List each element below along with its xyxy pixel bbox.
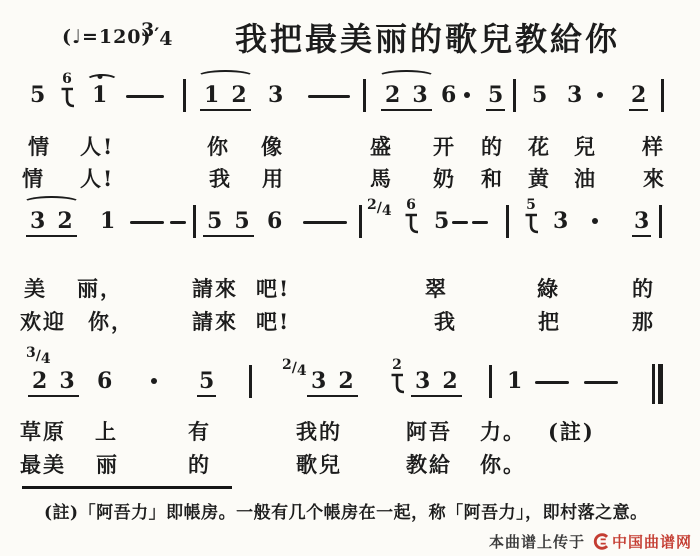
final-barline-thin: [652, 364, 655, 404]
time-signature-inline: 2∕4: [282, 360, 307, 376]
augmentation-dot: [592, 218, 598, 224]
lyric-word: 我: [209, 163, 232, 193]
note-group: 23: [381, 82, 432, 111]
grace-note-number: 6: [402, 198, 420, 212]
note-group: 23: [28, 368, 79, 397]
augmentation-dot: [464, 92, 470, 98]
lyric-word: 像: [261, 131, 284, 161]
lyric-word: 丽: [96, 449, 119, 479]
note-group: 32: [307, 368, 358, 397]
time-signature-inline: 2∕4: [367, 200, 392, 216]
site-logo-icon: [593, 533, 610, 554]
note: 5: [197, 368, 216, 397]
lyric-word: 我的: [296, 416, 342, 446]
augmentation-dot: [151, 378, 157, 384]
duration-dash: [126, 95, 164, 98]
lyric-word: 把: [538, 306, 561, 336]
barline: [183, 79, 186, 112]
duration-dash: [535, 381, 569, 384]
tempo-marking: (♩=120): [62, 26, 152, 48]
note: 1: [507, 368, 522, 394]
lyric-word: 的: [632, 273, 655, 303]
lyric-row: 欢迎你，請來吧!我把那: [0, 306, 700, 334]
lyric-word: 的: [188, 449, 211, 479]
lyric-word: 教給: [406, 449, 452, 479]
lyric-word: 你: [207, 131, 230, 161]
note: 5: [30, 82, 45, 108]
lyric-word: 美: [24, 273, 47, 303]
barline: [363, 79, 366, 112]
grace-note: 5: [522, 198, 540, 238]
lyric-word: 情: [22, 163, 45, 193]
lyric-word: 我: [434, 306, 457, 336]
music-line: 3215562∕465533: [0, 206, 700, 252]
note-group: 12: [200, 82, 251, 111]
grace-note: 6: [58, 72, 76, 112]
barline: [513, 79, 516, 112]
lyric-row: 情人!你像盛开的花兒样: [0, 131, 700, 159]
note: 3: [412, 82, 427, 108]
time-signature-denominator: 4: [159, 28, 172, 50]
note: 2: [231, 82, 246, 108]
time-signature-numerator: 3: [141, 19, 154, 41]
barline: [193, 205, 196, 238]
note-group: 32: [411, 368, 462, 397]
lyric-word: 用: [262, 163, 285, 193]
note: 2: [442, 368, 457, 394]
lyric-word: 綠: [537, 273, 560, 303]
lyric-word: 丽，: [77, 273, 123, 303]
lyric-word: 來: [643, 163, 666, 193]
grace-hook-icon: [404, 212, 419, 234]
note: 3: [311, 368, 326, 394]
lyric-word: 和: [481, 163, 504, 193]
lyric-row: 美丽，請來吧!翠綠的: [0, 273, 700, 301]
final-barline-thick: [658, 364, 663, 404]
note: 2: [338, 368, 353, 394]
barline: [659, 205, 662, 238]
note: 2: [57, 208, 72, 234]
note: 5: [207, 208, 222, 234]
duration-dash: [308, 95, 350, 98]
barline: [661, 79, 664, 112]
note: 5: [532, 82, 547, 108]
lyric-word: 欢迎: [20, 306, 66, 336]
lyric-word: 吧!: [256, 306, 290, 336]
lyric-word: 开: [433, 131, 456, 161]
note: 3: [632, 208, 651, 237]
note: 2: [32, 368, 47, 394]
lyric-word: 花: [528, 131, 551, 161]
note: 3: [553, 208, 568, 234]
credit-prefix: 本曲谱上传于: [489, 533, 585, 551]
lyric-word: 歌兒: [296, 449, 342, 479]
grace-note: 2: [388, 358, 406, 398]
lyric-word: 兒: [574, 131, 597, 161]
grace-hook-icon: [390, 372, 405, 394]
note: 1: [204, 82, 219, 108]
note: 2: [385, 82, 400, 108]
lyric-word: 那: [632, 306, 655, 336]
note: 5: [486, 82, 505, 111]
note: 5: [434, 208, 449, 234]
lyric-word: 最美: [20, 449, 66, 479]
lyric-word: 你，: [88, 306, 134, 336]
grace-note: 6: [402, 198, 420, 238]
time-signature-inline: 3∕4: [26, 348, 51, 364]
slur-arc: [197, 70, 254, 83]
lyric-word: 奶: [433, 163, 456, 193]
lyric-row: 最美丽的歌兒教給你。: [0, 449, 700, 477]
slur-arc: [86, 74, 118, 87]
music-line: 5611232365532: [0, 80, 700, 126]
lyric-word: 力。: [480, 416, 526, 446]
duration-dash: [303, 221, 347, 224]
note: 3: [415, 368, 430, 394]
slur-arc: [23, 196, 80, 209]
lyric-word: 盛: [370, 131, 393, 161]
grace-note-number: 5: [522, 198, 540, 212]
note: 3: [567, 82, 582, 108]
note: 6: [97, 368, 112, 394]
divider-line: [22, 486, 232, 489]
lyric-word: 阿吾: [406, 416, 452, 446]
lyric-word: 情: [28, 131, 51, 161]
lyric-word: 人!: [80, 163, 114, 193]
sheet-music-page: (♩=120) 3′4 我把最美丽的歌兒教給你 5611232365532321…: [0, 0, 700, 556]
grace-hook-icon: [60, 86, 75, 108]
duration-dash: [130, 221, 164, 224]
lyric-word: 样: [642, 131, 665, 161]
lyric-word: 黄: [528, 163, 551, 193]
barline: [506, 205, 509, 238]
lyric-word: 草原: [20, 416, 66, 446]
augmentation-dot: [597, 92, 603, 98]
barline: [489, 365, 492, 398]
lyric-word: 翠: [425, 273, 448, 303]
note: 2: [629, 82, 648, 111]
lyric-word: (註): [548, 416, 595, 446]
lyric-word: 請來: [192, 273, 238, 303]
note: 1: [100, 208, 115, 234]
grace-hook-icon: [524, 212, 539, 234]
music-line: 3∕423652∕4322321: [0, 366, 700, 412]
grace-note-number: 2: [388, 358, 406, 372]
note: 3: [268, 82, 283, 108]
lyric-word: 馬: [370, 163, 393, 193]
barline: [249, 365, 252, 398]
footnote: (註)「阿吾力」即帳房。一般有几个帳房在一起，称「阿吾力」，即村落之意。: [44, 498, 648, 523]
note: 3: [59, 368, 74, 394]
time-signature: 3′4: [141, 24, 172, 46]
duration-dash: [584, 381, 618, 384]
lyric-word: 有: [188, 416, 211, 446]
note: 3: [30, 208, 45, 234]
duration-dash: [452, 221, 468, 224]
lyric-word: 請來: [192, 306, 238, 336]
lyric-word: 人!: [80, 131, 114, 161]
lyric-word: 上: [95, 416, 118, 446]
note: 6: [267, 208, 282, 234]
lyric-word: 油: [574, 163, 597, 193]
site-name: 中国曲谱网: [612, 533, 692, 551]
song-title: 我把最美丽的歌兒教給你: [235, 14, 620, 60]
lyric-word: 的: [481, 131, 504, 161]
note: 5: [234, 208, 249, 234]
note: 6: [441, 82, 456, 108]
lyric-row: 情人!我用馬奶和黄油來: [0, 163, 700, 191]
lyric-row: 草原上有我的阿吾力。(註): [0, 416, 700, 444]
slur-arc: [378, 70, 435, 83]
note-group: 32: [26, 208, 77, 237]
duration-dash: [472, 221, 488, 224]
duration-dash: [170, 221, 186, 224]
barline: [359, 205, 362, 238]
credit-line: 本曲谱上传于中国曲谱网: [0, 531, 692, 554]
grace-note-number: 6: [58, 72, 76, 86]
lyric-word: 你。: [480, 449, 526, 479]
lyric-word: 吧!: [256, 273, 290, 303]
note-group: 55: [203, 208, 254, 237]
